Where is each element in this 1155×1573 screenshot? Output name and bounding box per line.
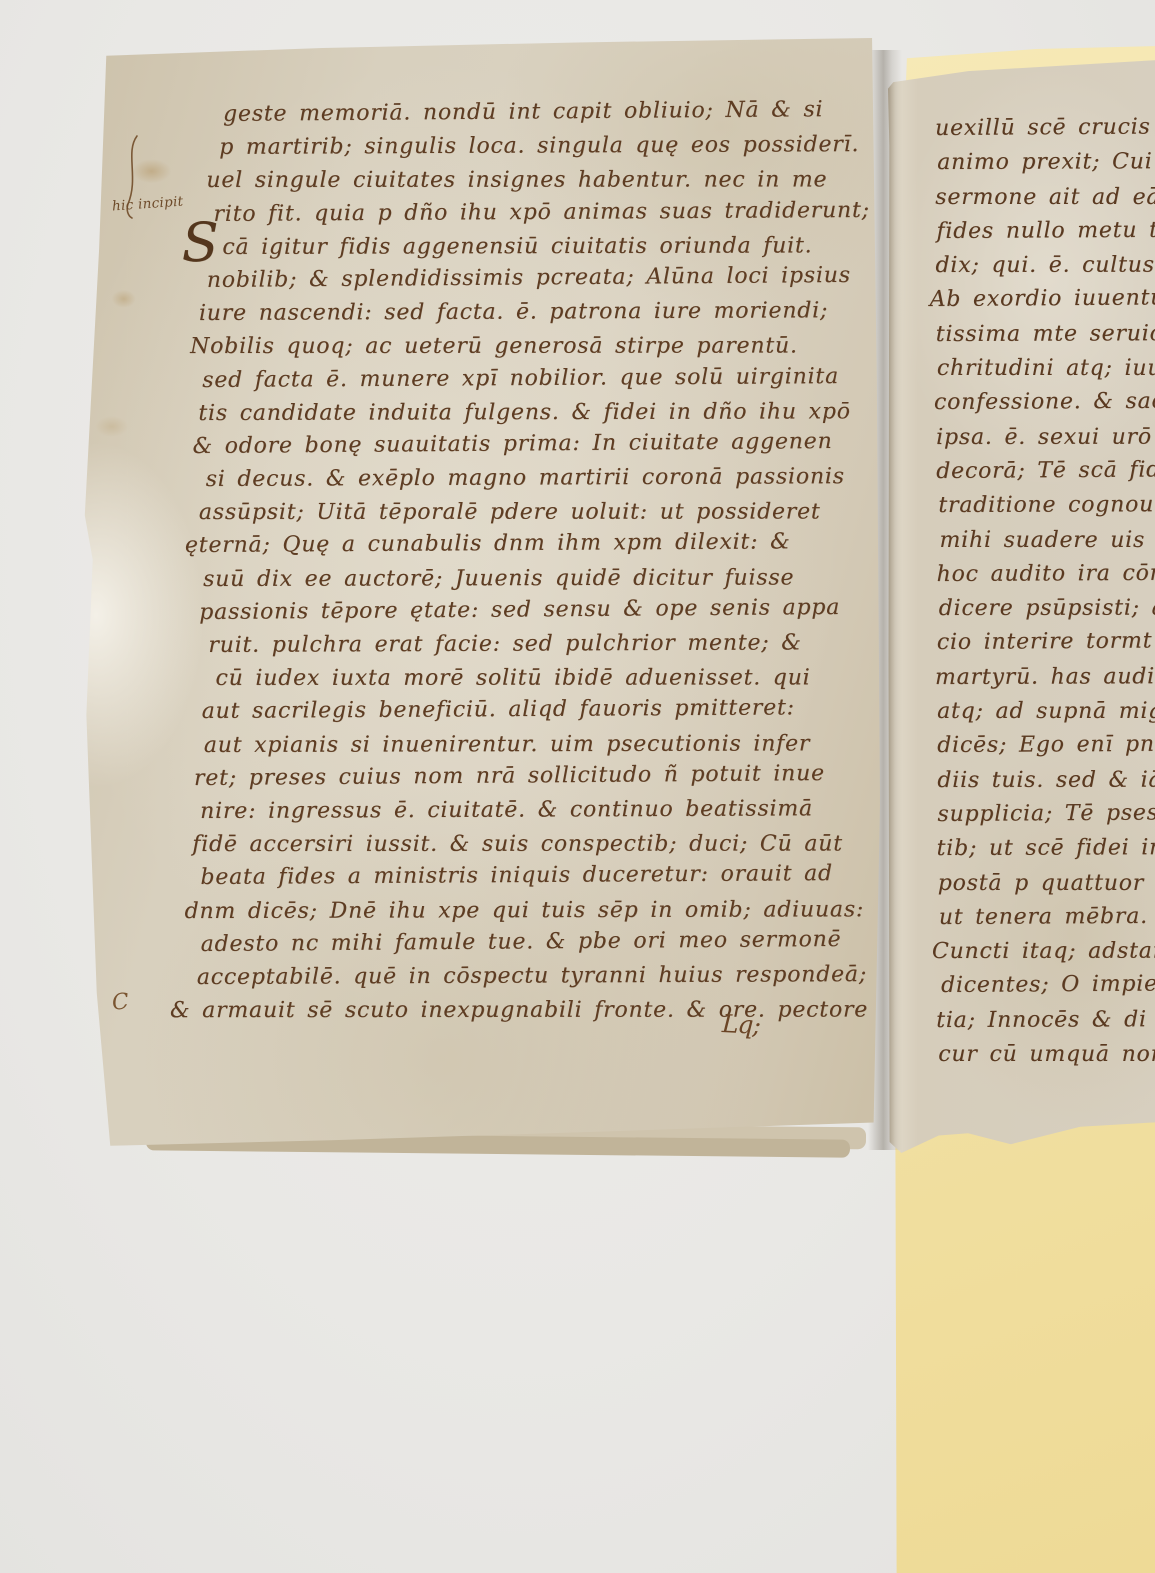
text-line: ipsa. ē. sexui urō con bbox=[936, 420, 1155, 455]
text-line: mihi suadere uis ui bbox=[939, 524, 1155, 558]
text-line: fidē accersiri iussit. & suis conspectib… bbox=[192, 828, 857, 862]
text-line: dicentes; O impiet bbox=[941, 967, 1155, 1004]
text-line: fides nullo metu tr bbox=[936, 213, 1155, 249]
text-line: tissima mte seruio bbox=[936, 317, 1155, 352]
left-page: hic incipit geste memoriā. nondū int cap… bbox=[84, 38, 880, 1148]
text-line: cio interire tormt bbox=[937, 624, 1155, 661]
text-line: aut xpianis si inuenirentur. uim psecuti… bbox=[204, 727, 857, 762]
text-line: iure nascendi: sed facta. ē. patrona iur… bbox=[199, 294, 855, 330]
text-line: diis tuis. sed & iā du bbox=[937, 763, 1155, 798]
text-line: decorā; Tē scā fides bbox=[936, 453, 1155, 490]
text-line: cur cū umquā non f bbox=[938, 1038, 1155, 1072]
text-line: Nobilis quoq; ac ueterū generosā stirpe … bbox=[190, 330, 855, 364]
text-line: animo prexit; Cui bbox=[937, 145, 1155, 180]
right-page-text-column: uexillū scē crucis canimo prexit; Cuiser… bbox=[935, 111, 1155, 1072]
text-line: dicere psūpsisti; a bbox=[939, 592, 1155, 627]
text-line: supplicia; Tē pses n bbox=[937, 796, 1155, 833]
text-line: ęternā; Quę a cunabulis dnm ihm xpm dile… bbox=[185, 525, 856, 562]
text-line: tib; ut scē fidei infer bbox=[937, 831, 1155, 866]
text-line: traditione cognoui bbox=[938, 488, 1155, 523]
text-line: sed facta ē. munere xpī nobilior. que so… bbox=[202, 359, 855, 396]
text-line: uel singule ciuitates insignes habentur.… bbox=[206, 164, 854, 198]
text-line: rito fit. quia p dño ihu xpō animas suas… bbox=[213, 194, 854, 231]
manuscript-photo: uexillū scē crucis canimo prexit; Cuiser… bbox=[0, 0, 1155, 1573]
text-line: ret; preses cuius nom nrā sollicitudo ñ … bbox=[194, 757, 857, 795]
text-line: postā p quattuor p bbox=[938, 867, 1155, 901]
text-line: cū iudex iuxta morē solitū ibidē aduenis… bbox=[216, 662, 857, 696]
text-line: confessione. & sacrat bbox=[934, 385, 1155, 421]
text-line: sermone ait ad eā; C bbox=[935, 181, 1155, 215]
text-line: tia; Innocēs & di c bbox=[936, 1003, 1155, 1038]
right-page: uexillū scē crucis canimo prexit; Cuiser… bbox=[888, 58, 1155, 1153]
quire-mark: Lq; bbox=[721, 1009, 760, 1040]
text-line: beata fides a ministris iniquis duceretu… bbox=[200, 857, 857, 894]
text-line: uexillū scē crucis c bbox=[935, 110, 1155, 147]
text-line: atq; ad supnā migrā bbox=[937, 695, 1155, 729]
text-line: dicēs; Ego enī pnoē c bbox=[937, 728, 1155, 764]
text-line: hoc audito ira cōmo bbox=[937, 556, 1155, 592]
margin-letter-c: C bbox=[111, 989, 130, 1016]
text-line: adesto nc mihi famule tue. & pbe ori meo… bbox=[201, 923, 858, 961]
text-line: dnm dicēs; Dnē ihu xpe qui tuis sēp in o… bbox=[185, 893, 858, 928]
text-line: p martirib; singulis loca. singula quę e… bbox=[219, 128, 854, 164]
text-line: assūpsit; Uitā tēporalē pdere uoluit: ut… bbox=[199, 496, 856, 530]
text-line: nire: ingressus ē. ciuitatē. & continuo … bbox=[200, 792, 857, 828]
text-line: acceptabilē. quē in cōspectu tyranni hui… bbox=[197, 958, 858, 994]
text-line: nobilib; & splendidissimis pcreata; Alūn… bbox=[207, 259, 855, 297]
text-line: dix; qui. ē. cultus fi bbox=[936, 249, 1155, 284]
text-line: suū dix ee auctorē; Juuenis quidē dicitu… bbox=[203, 561, 856, 596]
left-page-text-block: geste memoriā. nondū int capit obliuio; … bbox=[196, 95, 858, 1027]
text-line: chritudini atq; iuu bbox=[937, 352, 1155, 386]
text-line: aut sacrilegis beneficiū. aliqd fauoris … bbox=[202, 691, 857, 728]
text-line: & odore bonę suauitatis prima: In ciuita… bbox=[192, 425, 855, 463]
text-line: ruit. pulchra erat facie: sed pulchrior … bbox=[208, 626, 856, 662]
text-line: si decus. & exēplo magno martirii coronā… bbox=[206, 460, 856, 496]
text-line: geste memoriā. nondū int capit obliuio; … bbox=[223, 93, 854, 131]
text-line: ut tenera mēbra. tā bbox=[939, 899, 1155, 935]
text-line: Ab exordio iuuentu bbox=[930, 281, 1155, 318]
text-line: Cuncti itaq; adstan bbox=[932, 935, 1155, 970]
text-line: martyrū. has audie bbox=[935, 660, 1155, 695]
text-line: passionis tēpore ętate: sed sensu & ope … bbox=[199, 591, 856, 629]
